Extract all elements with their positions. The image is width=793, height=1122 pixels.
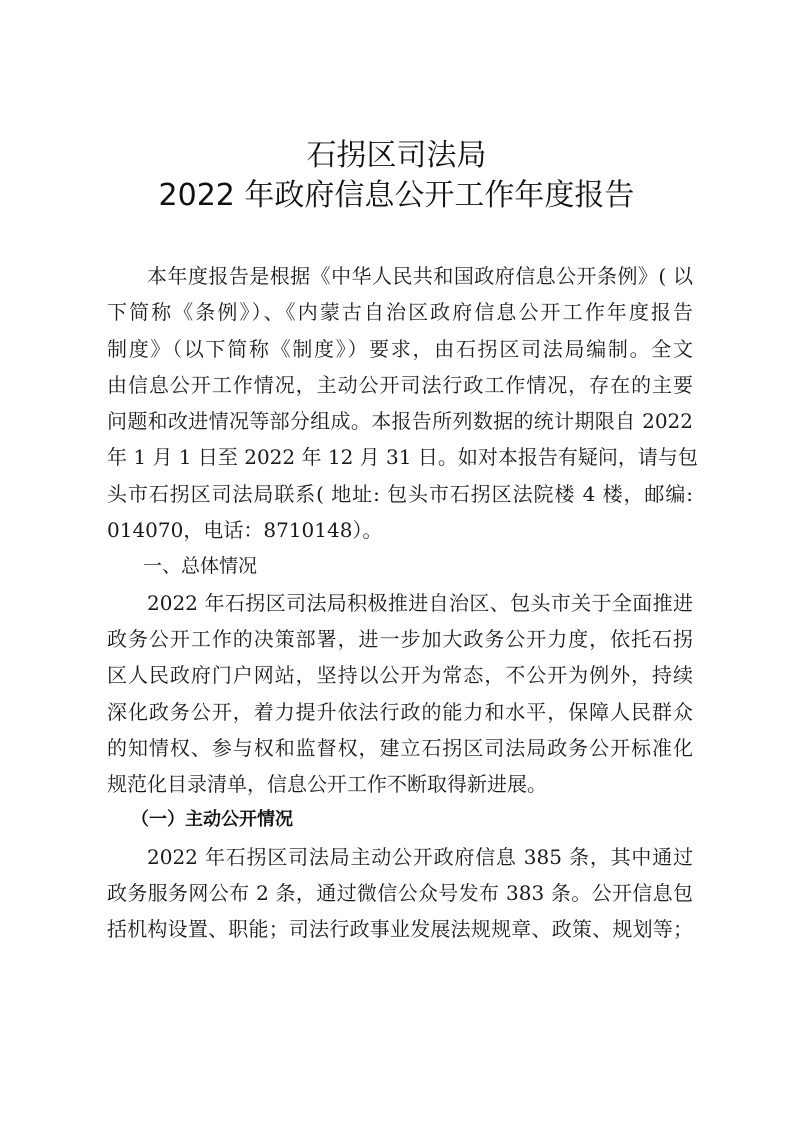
text-line: 区人民政府门户网站，坚持以公开为常态，不公开为例外，持续 [107,657,693,693]
proactive-disclosure-paragraph: 2022 年石拐区司法局主动公开政府信息 385 条，其中通过 政务服务网公布 … [107,839,693,948]
document-title: 石拐区司法局 2022 年政府信息公开工作年度报告 [0,136,793,216]
title-line-report-name: 2022 年政府信息公开工作年度报告 [0,176,793,216]
text-line: 规范化目录清单，信息公开工作不断取得新进展。 [107,766,693,802]
text-line: 本年度报告是根据《中华人民共和国政府信息公开条例》( 以 [107,258,693,294]
text-line: 年 1 月 1 日至 2022 年 12 月 31 日。如对本报告有疑问，请与包 [107,439,693,475]
text-line: 政务公开工作的决策部署，进一步加大政务公开力度，依托石拐 [107,621,693,657]
text-line: 问题和改进情况等部分组成。本报告所列数据的统计期限自 2022 [107,403,693,439]
text-line: 014070，电话：8710148）。 [107,512,693,548]
section-heading-overview: 一、总体情况 [107,548,693,584]
text-line: 制度》（以下简称《制度》）要求，由石拐区司法局编制。全文 [107,331,693,367]
text-line: 由信息公开工作情况，主动公开司法行政工作情况，存在的主要 [107,367,693,403]
title-line-organization: 石拐区司法局 [0,136,793,176]
text-line: 括机构设置、职能；司法行政事业发展法规规章、政策、规划等； [107,911,693,947]
intro-paragraph: 本年度报告是根据《中华人民共和国政府信息公开条例》( 以 下简称《条例》）、《内… [107,258,693,548]
text-line: 2022 年石拐区司法局主动公开政府信息 385 条，其中通过 [107,839,693,875]
subsection-heading-proactive-disclosure: （一）主动公开情况 [107,802,693,838]
text-line: 深化政务公开，着力提升依法行政的能力和水平，保障人民群众 [107,694,693,730]
document-page: 石拐区司法局 2022 年政府信息公开工作年度报告 本年度报告是根据《中华人民共… [0,0,793,1122]
overview-paragraph: 2022 年石拐区司法局积极推进自治区、包头市关于全面推进 政务公开工作的决策部… [107,585,693,803]
document-body: 本年度报告是根据《中华人民共和国政府信息公开条例》( 以 下简称《条例》）、《内… [107,258,693,948]
text-line: 下简称《条例》）、《内蒙古自治区政府信息公开工作年度报告 [107,294,693,330]
text-line: 政务服务网公布 2 条，通过微信公众号发布 383 条。公开信息包 [107,875,693,911]
text-line: 的知情权、参与权和监督权，建立石拐区司法局政务公开标准化 [107,730,693,766]
text-line: 2022 年石拐区司法局积极推进自治区、包头市关于全面推进 [107,585,693,621]
text-line: 头市石拐区司法局联系( 地址: 包头市石拐区法院楼 4 楼，邮编: [107,476,693,512]
